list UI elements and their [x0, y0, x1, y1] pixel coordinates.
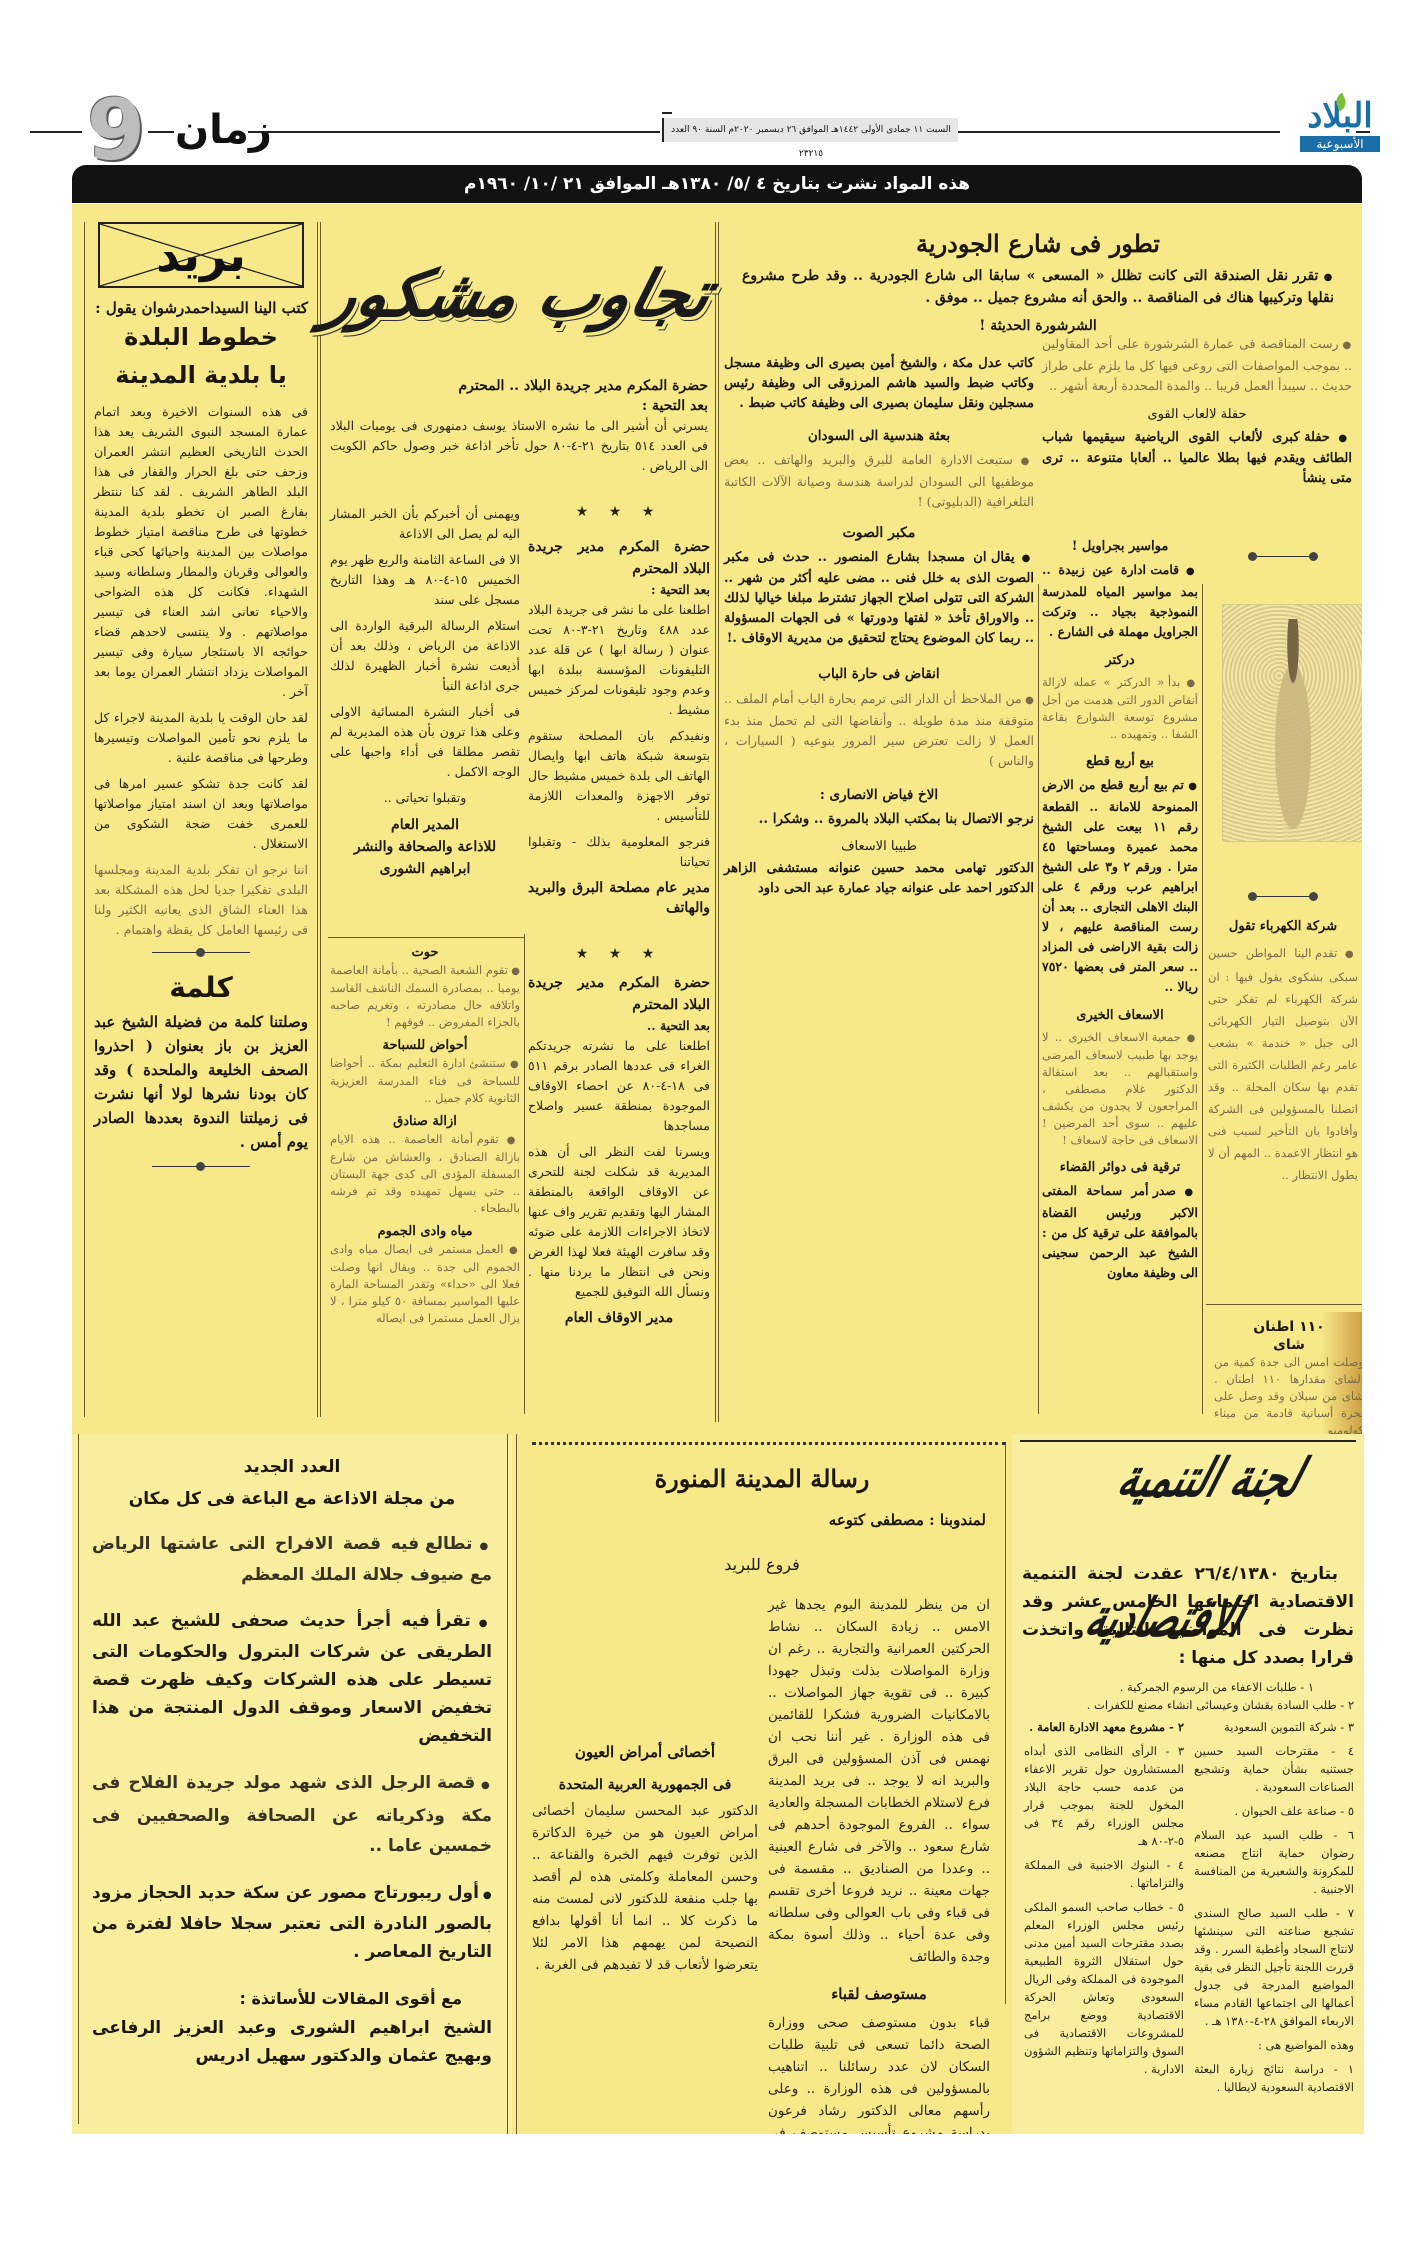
- column-item-title: مواسير بجراويل !: [1042, 534, 1198, 560]
- tanmiya-col-right: ٣ - شركة التموين السعودية ٤ - مقترحات ال…: [1194, 1718, 1354, 2102]
- issue-date-line: السبت ١١ جمادى الأولى ١٤٤٢هـ الموافق ٢٦ …: [662, 118, 958, 142]
- letter-paragraph: فى أخبار النشرة المسائية الاولى وعلى هذا…: [330, 702, 520, 782]
- tea-title-2: شاى: [1214, 1336, 1362, 1354]
- madina-post-body: ان من ينظر للمدينة اليوم يجدها غير الامس…: [768, 1594, 990, 1968]
- rule: [715, 222, 716, 1422]
- page-number: 9: [86, 88, 146, 168]
- brief-title: حوت: [330, 944, 520, 962]
- tanmiya-list-item: وهذه المواضيع هى :: [1194, 2036, 1354, 2054]
- column-item-body: الدكتور تهامى محمد حسين عنوانه مستشفى ال…: [724, 859, 1034, 899]
- column-item-body: كاتب عدل مكة ، والشيخ أمين بصيرى الى وظي…: [724, 354, 1034, 414]
- tajawub-masthead: تجاوب مشكور: [324, 220, 712, 370]
- column-item-body: يقال ان مسجدا بشارع المنصور .. حدث فى مك…: [724, 548, 1034, 649]
- madina-right-col: ان من ينظر للمدينة اليوم يجدها غير الامس…: [768, 1594, 990, 2134]
- letter-1-salutation: حضرة المكرم مدير جريدة البلاد .. المحترم: [330, 376, 708, 396]
- tea-article: ١١٠ اطنان شاى وصلت امس الى جدة كمية من ا…: [1210, 1312, 1362, 1434]
- person-figure: [1265, 619, 1321, 831]
- column-item-body: تم بيع أربع قطع من الارض الممنوحة للامان…: [1042, 775, 1198, 997]
- jawdariya-lead: تقرر نقل الصندقة التى كانت تظلل « المسعى…: [724, 266, 1352, 308]
- column-item-title: بعثة هندسية الى السودان: [724, 422, 1034, 450]
- rule: [1202, 584, 1203, 1414]
- sports-body: حفلة كبرى لألعاب القوى الرياضية سيقيمها …: [1042, 428, 1352, 489]
- tea-body: وصلت امس الى جدة كمية من الشاى مقدارها ١…: [1214, 1354, 1362, 1434]
- rule: [78, 1434, 79, 2124]
- signature-line: ابراهيم الشورى: [330, 858, 520, 880]
- column-item-body: قامت ادارة عين زبيدة .. بمد مواسير الميا…: [1042, 560, 1198, 642]
- adad-jadid-item: تقرأ فيه أجرأ حديث صحفى للشيخ عبد الله ا…: [92, 1607, 492, 1750]
- rule: [1005, 1444, 1006, 2004]
- rule: [317, 222, 318, 1417]
- adad-jadid-clipping: العدد الجديد من مجلة الاذاعة مع الباعة ف…: [72, 1434, 512, 2134]
- datebox-bracket: [662, 112, 672, 114]
- masthead-rule-mid-right: [958, 131, 1280, 133]
- brief-body: العمل مستمر فى ايصال مياه وادى الجموم ال…: [330, 1241, 520, 1327]
- tanmiya-lead: بتاريخ ٢٦/٤/١٣٨٠ عقدت لجنة التنمية الاقت…: [1022, 1560, 1354, 1672]
- kalima-title: كلمة: [88, 966, 314, 1010]
- column-item-title: دركتر: [1042, 648, 1198, 674]
- madina-header: رسالة المدينة المنورة لمندوبنا : مصطفى ك…: [532, 1454, 992, 1586]
- ornament-divider: [1248, 550, 1318, 564]
- tanmiya-clipping: لجنة التنمية الاقتصادية بتاريخ ٢٦/٤/١٣٨٠…: [1012, 1434, 1364, 2134]
- tanmiya-list-item: ٥ - خطاب صاحب السمو الملكى رئيس مجلس الو…: [1024, 1898, 1184, 2078]
- letter-1: حضرة المكرم مدير جريدة البلاد .. المحترم…: [330, 376, 708, 482]
- column-item-title: انقاض فى حارة الباب: [724, 659, 1034, 689]
- rule: [718, 222, 719, 1422]
- adad-jadid-authors-intro: مع أقوى المقالات للأساتذة :: [92, 1984, 492, 2014]
- brief-body: تقوم أمانة العاصمة .. هذه الايام بازالة …: [330, 1131, 520, 1217]
- column-item-body: جمعية الاسعاف الخيرى .. لا يوجد بها طبيب…: [1042, 1029, 1198, 1149]
- tanmiya-list-item: ٥ - صناعة علف الحيوان .: [1194, 1802, 1354, 1820]
- barid-headline-1: خطوط البلدة: [88, 318, 314, 356]
- letter-paragraph: استلام الرسالة البرقية الواردة الى الاذا…: [330, 616, 520, 696]
- signature-line: المدير العام: [330, 814, 520, 836]
- publication-date-banner: هذه المواد نشرت بتاريخ ٤ /٥/ ١٣٨٠هـ المو…: [72, 165, 1362, 203]
- column-item-body: من الملاحظ أن الدار التى ترمم بحارة البا…: [724, 689, 1034, 771]
- rule: [516, 1434, 517, 2134]
- signature-line: مدير عام مصلحة البرق والبريد والهاتف: [528, 878, 710, 918]
- letter-paragraph: ويسرنا لفت النظر الى أن هذه المديرية قد …: [528, 1142, 710, 1302]
- jawdariya-right-col: رست المناقصة فى عمارة الشرشورة على أحد ا…: [1042, 334, 1352, 495]
- section-name: زمان: [175, 100, 272, 160]
- adad-jadid-item: أول ريبورتاج مصور عن سكة حديد الحجاز مزو…: [92, 1879, 492, 1966]
- masthead-rule-left-2: [148, 131, 174, 133]
- tanmiya-list-item: ٣ - شركة التموين السعودية: [1194, 1718, 1354, 1736]
- madina-clipping: رسالة المدينة المنورة لمندوبنا : مصطفى ك…: [512, 1434, 1012, 2134]
- barid-paragraph: اننا نرجو ان تفكر بلدية المدينة ومجلسها …: [94, 860, 308, 940]
- jawdariya-title: تطور فى شارع الجودرية: [724, 222, 1352, 266]
- column-item-title: الاخ فياض الانصارى :: [724, 781, 1034, 809]
- barid-title: بريد: [100, 224, 302, 286]
- column-item-title: طبيبا الاسعاف: [724, 835, 1034, 859]
- briefs-column: حوت تقوم الشعبة الصحية .. بأمانة العاصمة…: [330, 944, 520, 1333]
- dotted-border: [532, 1442, 1006, 1445]
- rule: [524, 934, 525, 1414]
- shurshura-body: رست المناقصة فى عمارة الشرشورة على أحد ا…: [1042, 334, 1352, 396]
- tanmiya-list-item: ٤ - البنوك الاجنبية فى المملكة والتزامات…: [1024, 1856, 1184, 1892]
- masthead-rule-left: [30, 131, 82, 133]
- spacer: [532, 1594, 758, 1734]
- letter-3-greeting: بعد التحية ..: [528, 1016, 710, 1036]
- letter-1-continued: ويهمنى أن أخبركم بأن الخبر المشار اليه ل…: [330, 504, 520, 880]
- brief-title: أحواض للسباحة: [330, 1037, 520, 1055]
- newspaper-logo[interactable]: البلاد الأسبوعية: [1300, 98, 1380, 152]
- barid-column: بريد كتب الينا السيداحمدرشوان يقول : خطو…: [88, 216, 314, 1180]
- logo-subtitle: الأسبوعية: [1300, 136, 1380, 152]
- letter-1-greeting: بعد التحية :: [330, 396, 708, 416]
- kahraba-body: تقدم الينا المواطن حسين سبكى بشكوى يقول …: [1208, 942, 1358, 1186]
- stars-ornament: ★ ★ ★: [528, 946, 710, 962]
- column-item-title: بيع أربع قطع: [1042, 749, 1198, 775]
- adad-jadid-subtitle: من مجلة الاذاعة مع الباعة فى كل مكان: [92, 1482, 492, 1516]
- tanmiya-columns: ٣ - شركة التموين السعودية ٤ - مقترحات ال…: [1022, 1718, 1354, 2102]
- jawdariya-left-col: كاتب عدل مكة ، والشيخ أمين بصيرى الى وظي…: [724, 354, 1034, 905]
- tea-title-1: ١١٠ اطنان: [1214, 1318, 1362, 1336]
- madina-subtitle-2: مستوصف لقباء: [768, 1976, 990, 2012]
- letter-2-salutation: حضرة المكرم مدير جريدة البلاد المحترم: [528, 536, 710, 580]
- letter-paragraph: ونفيدكم بان المصلحة ستقوم بتوسعة شبكة ها…: [528, 726, 710, 826]
- tanmiya-list-item: ٤ - مقترحات السيد حسين جستنيه بشأن حماية…: [1194, 1742, 1354, 1796]
- tanmiya-calligraphy-header: لجنة التنمية الاقتصادية: [1020, 1448, 1356, 1548]
- tanmiya-list-item: ١ - طلبات الاعفاء من الرسوم الجمركية .: [1022, 1678, 1354, 1696]
- letter-2: ★ ★ ★ حضرة المكرم مدير جريدة البلاد المح…: [528, 504, 710, 1328]
- adad-jadid-item: تطالع فيه قصة الافراح التى عاشتها الرياض…: [92, 1530, 492, 1589]
- tanmiya-list-item: ٧ - طلب السيد صالح السندى تشجيع صناعته ا…: [1194, 1904, 1354, 2030]
- column-item-title: مكبر الصوت: [724, 518, 1034, 548]
- column-item-body: ستبعث الادارة العامة للبرق والبريد والها…: [724, 450, 1034, 512]
- brief-body: تقوم الشعبة الصحية .. بأمانة العاصمة يوم…: [330, 962, 520, 1031]
- adad-jadid-title: العدد الجديد: [92, 1452, 492, 1482]
- upper-clipping: بريد كتب الينا السيداحمدرشوان يقول : خطو…: [72, 204, 1362, 1434]
- madina-subtitle-3: أخصائى أمراض العيون: [532, 1734, 758, 1770]
- tanmiya-list-item: ١ - دراسة نتائج زيارة البعثة الاقتصادية …: [1194, 2060, 1354, 2096]
- letter-paragraph: اطلعنا على ما نشر فى جريدة البلاد عدد ٤٨…: [528, 600, 710, 720]
- tanmiya-list-item: ٢ - مشروع معهد الادارة العامة .: [1024, 1718, 1184, 1736]
- letter-2-greeting: بعد التحية :: [528, 580, 710, 600]
- sports-title: حفلة لالعاب القوى: [1042, 402, 1352, 428]
- tanmiya-list-item: ٣ - الرأى النظامى الذى أبداه المستشارون …: [1024, 1742, 1184, 1850]
- madina-subtitle-3b: فى الجمهورية العربية المتحدة: [532, 1770, 758, 1800]
- column-item-body: صدر أمر سماحة المفتى الاكبر ورئيس القضاة…: [1042, 1181, 1198, 1283]
- adad-jadid-article: العدد الجديد من مجلة الاذاعة مع الباعة ف…: [92, 1452, 492, 2070]
- adad-jadid-authors: الشيخ ابراهيم الشورى وعبد العزيز الرفاعى…: [92, 2014, 492, 2070]
- brief-body: ستنشئ ادارة التعليم بمكة .. أحواضا للسبا…: [330, 1055, 520, 1107]
- barid-headline-2: يا بلدية المدينة: [88, 356, 314, 394]
- ornament-divider: [1248, 890, 1318, 904]
- masthead-rule-mid-left: [248, 131, 660, 133]
- signature-line: مدير الاوقاف العام: [528, 1308, 710, 1328]
- rule: [1038, 584, 1039, 1414]
- rule: [84, 222, 85, 1417]
- barid-intro: كتب الينا السيداحمدرشوان يقول :: [88, 298, 314, 318]
- tanmiya-list-item: ٦ - طلب السيد عبد السلام رضوان حماية انت…: [1194, 1826, 1354, 1898]
- barid-envelope-logo: بريد: [98, 222, 304, 288]
- jawdariya-article: تطور فى شارع الجودرية تقرر نقل الصندقة ا…: [724, 222, 1352, 338]
- rule: [320, 222, 321, 1417]
- stars-ornament: ★ ★ ★: [528, 504, 710, 520]
- kahraba-title: شركة الكهرباء تقول: [1208, 912, 1358, 942]
- letter-paragraph: اطلعنا على ما نشرته جريدتكم الغراء فى عد…: [528, 1036, 710, 1136]
- madina-title: رسالة المدينة المنورة: [532, 1454, 992, 1504]
- adad-jadid-item: قصة الرجل الذى شهد مولد جريدة الفلاح فى …: [92, 1768, 492, 1861]
- rule: [507, 1434, 508, 2134]
- letter-paragraph: يسرني أن أشير الى ما نشره الاستاذ يوسف د…: [330, 416, 708, 476]
- barid-paragraph: فى هذه السنوات الاخيرة وبعد اتمام عمارة …: [94, 402, 308, 702]
- letter-paragraph: الا فى الساعة الثامنة والربع ظهر يوم الخ…: [330, 550, 520, 610]
- column-item-body: بدأ « الدركتر » عمله لازالة أنقاض الدور …: [1042, 674, 1198, 743]
- column-item-title: الاسعاف الخيرى: [1042, 1003, 1198, 1029]
- tanmiya-article: بتاريخ ٢٦/٤/١٣٨٠ عقدت لجنة التنمية الاقت…: [1022, 1560, 1354, 2102]
- brief-title: ازالة صنادق: [330, 1113, 520, 1131]
- tajawub-title: تجاوب مشكور: [305, 220, 730, 370]
- right-inner-briefs: مواسير بجراويل ! قامت ادارة عين زبيدة ..…: [1042, 534, 1198, 1289]
- letter-paragraph: فنرجو المعلومية بذلك - وتقبلوا تحياتنا: [528, 832, 710, 872]
- column-item-title: ترقية فى دوائر القضاء: [1042, 1155, 1198, 1181]
- barid-paragraph: لقد حان الوقت يا بلدية المدينة لاجراء كل…: [94, 708, 308, 768]
- ornament-divider: [146, 1160, 256, 1174]
- tanmiya-list-item: ٢ - طلب السادة بقشان وعيسائى انشاء مصنع …: [1022, 1696, 1354, 1714]
- tanmiya-col-left: ٢ - مشروع معهد الادارة العامة . ٣ - الرأ…: [1024, 1718, 1184, 2102]
- portrait-photo: [1222, 604, 1362, 842]
- kalima-body: وصلتنا كلمة من فضيلة الشيخ عبد العزيز بن…: [88, 1010, 314, 1154]
- barid-paragraph: لقد كانت جدة تشكو عسير امرها فى مواصلاته…: [94, 774, 308, 854]
- madina-subtitle-1: فروع للبريد: [532, 1544, 992, 1586]
- letter-3-salutation: حضرة المكرم مدير جريدة البلاد المحترم: [528, 972, 710, 1016]
- rule: [328, 937, 524, 938]
- madina-left-col: أخصائى أمراض العيون فى الجمهورية العربية…: [532, 1594, 758, 1982]
- signature-line: للاذاعة والصحافة والنشر: [330, 836, 520, 858]
- kahraba-article: شركة الكهرباء تقول تقدم الينا المواطن حس…: [1208, 884, 1358, 1192]
- letter-paragraph: وتقبلوا تحياتى ..: [330, 788, 520, 808]
- photo-kahraba-column: [1208, 544, 1358, 570]
- madina-eyes-body: الدكتور عبد المحسن سليمان أخصائى أمراض ا…: [532, 1800, 758, 1976]
- ornament-divider: [146, 946, 256, 960]
- rule: [1206, 1304, 1362, 1305]
- brief-title: مياه وادى الجموم: [330, 1223, 520, 1241]
- madina-clinic-body: قباء بدون مستوصف صحى ووزارة الصحة دائما …: [768, 2012, 990, 2134]
- letter-paragraph: ويهمنى أن أخبركم بأن الخبر المشار اليه ل…: [330, 504, 520, 544]
- madina-byline: لمندوبنا : مصطفى كتوعه: [532, 1504, 992, 1536]
- column-item-body: نرجو الاتصال بنا بمكتب البلاد بالمروة ..…: [724, 809, 1034, 829]
